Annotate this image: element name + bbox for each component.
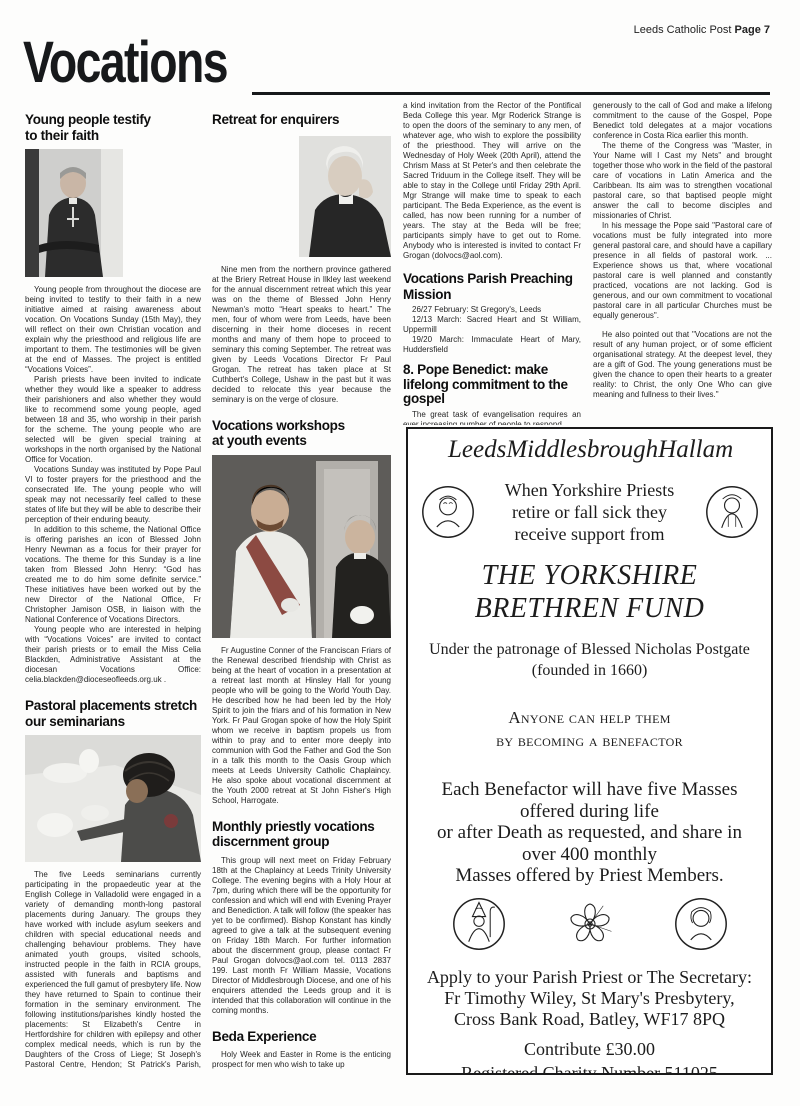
article-heading-pastoral-placements: Pastoral placements stretch our seminari… xyxy=(25,698,201,729)
column-3: a kind invitation from the Rector of the… xyxy=(403,101,581,425)
article-body-pope-benedict: The great task of evangelisation require… xyxy=(403,410,581,426)
fund-name: THE YORKSHIRE BRETHREN FUND xyxy=(475,559,705,625)
contribute-line: Contribute £30.00 xyxy=(524,1039,655,1060)
mission-dates-list: 26/27 February: St Gregory's, Leeds12/13… xyxy=(403,305,581,355)
paragraph: a kind invitation from the Rector of the… xyxy=(403,101,581,261)
article-body-workshops: Fr Augustine Conner of the Franciscan Fr… xyxy=(212,646,391,806)
paragraph: In addition to this scheme, the National… xyxy=(25,525,201,625)
masthead: Leeds Catholic Post Page 7 xyxy=(634,24,770,36)
paragraph: Parish priests have been invited to indi… xyxy=(25,375,201,465)
paragraph: The theme of the Congress was "Master, i… xyxy=(593,141,772,221)
paragraph: 26/27 February: St Gregory's, Leeds xyxy=(403,305,581,315)
saint-portrait-icon xyxy=(420,484,476,540)
paragraph: Young people who are interested in helpi… xyxy=(25,625,201,685)
article-body-young-people: Young people from throughout the diocese… xyxy=(25,285,201,685)
article-heading-discernment-group: Monthly priestly vocations discernment g… xyxy=(212,819,391,850)
paragraph: The five Leeds seminarians currently par… xyxy=(25,870,201,1070)
diocese-leeds: Leeds xyxy=(448,435,506,465)
article-body-pastoral-placements: The five Leeds seminarians currently par… xyxy=(25,870,201,1070)
paragraph: He also pointed out that "Vocations are … xyxy=(593,330,772,400)
paragraph: The great task of evangelisation require… xyxy=(403,410,581,426)
article-heading-beda: Beda Experience xyxy=(212,1029,391,1045)
paragraph: Holy Week and Easter in Rome is the enti… xyxy=(212,1050,391,1070)
article-heading-pope-benedict: 8. Pope Benedict: make lifelong commitme… xyxy=(403,363,581,407)
charity-number-line: Registered Charity Number 511025 xyxy=(461,1063,718,1076)
paragraph: generously to the call of God and make a… xyxy=(593,101,772,141)
benefactor-lines: Each Benefactor will have five Masses of… xyxy=(437,779,742,887)
yorkshire-rose-icon xyxy=(565,899,615,949)
youth-workshop-photo xyxy=(212,455,391,638)
paragraph: Nine men from the northern province gath… xyxy=(212,265,391,405)
article-body-retreat: Nine men from the northern province gath… xyxy=(212,265,391,405)
paragraph: 12/13 March: Sacred Heart and St William… xyxy=(403,315,581,335)
paragraph: 19/20 March: Immaculate Heart of Mary, H… xyxy=(403,335,581,355)
apply-lines: Apply to your Parish Priest or The Secre… xyxy=(427,967,752,1030)
paragraph: Fr Augustine Conner of the Franciscan Fr… xyxy=(212,646,391,806)
article-heading-preaching-mission: Vocations Parish Preaching Mission xyxy=(403,271,581,302)
article-body-beda: Holy Week and Easter in Rome is the enti… xyxy=(212,1050,391,1070)
newspaper-page: Leeds Catholic Post Page 7 Vocations You… xyxy=(0,0,800,1106)
patronage-line: Under the patronage of Blessed Nicholas … xyxy=(429,641,750,659)
page-number: Page 7 xyxy=(735,24,770,36)
article-body-beda-continued: a kind invitation from the Rector of the… xyxy=(403,101,581,261)
paragraph: Vocations Sunday was instituted by Pope … xyxy=(25,465,201,525)
article-body-pope-continued: generously to the call of God and make a… xyxy=(593,101,772,400)
section-title: Vocations xyxy=(23,34,227,92)
headline-rule xyxy=(252,92,770,95)
column-1: Young people testify to their faith Youn… xyxy=(25,112,201,1070)
bishop-emblem-icon xyxy=(451,896,507,952)
column-2: Retreat for enquirers Nine men from the … xyxy=(212,112,391,1104)
seminarian-photo xyxy=(25,735,201,862)
diocese-hallam: Hallam xyxy=(658,435,733,465)
diocese-middlesbrough: Middlesbrough xyxy=(506,435,658,465)
article-body-discernment-group: This group will next meet on Friday Febr… xyxy=(212,856,391,1016)
article-heading-young-people: Young people testify to their faith xyxy=(25,112,201,143)
emblems-row xyxy=(451,896,729,952)
article-heading-retreat: Retreat for enquirers xyxy=(212,112,391,128)
paragraph: Young people from throughout the diocese… xyxy=(25,285,201,375)
column-4: generously to the call of God and make a… xyxy=(593,101,772,425)
masthead-title: Leeds Catholic Post xyxy=(634,24,732,36)
diocese-names-row: Leeds Middlesbrough Hallam xyxy=(408,429,771,465)
saint-portrait-icon xyxy=(673,896,729,952)
advert-intro: When Yorkshire Priests retire or fall si… xyxy=(420,479,760,545)
article-heading-workshops: Vocations workshops at youth events xyxy=(212,418,391,449)
newman-portrait-photo xyxy=(299,136,391,257)
paragraph: This group will next meet on Friday Febr… xyxy=(212,856,391,1016)
bishop-photo xyxy=(25,149,123,277)
yorkshire-brethren-fund-advert: Leeds Middlesbrough Hallam When Yorkshir… xyxy=(406,427,773,1075)
paragraph: In his message the Pope said "Pastoral c… xyxy=(593,221,772,321)
advert-intro-text: When Yorkshire Priests retire or fall si… xyxy=(492,479,688,545)
help-lines: Anyone can help them by becoming a benef… xyxy=(496,706,683,752)
saint-portrait-icon xyxy=(704,484,760,540)
founded-line: (founded in 1660) xyxy=(532,662,648,680)
